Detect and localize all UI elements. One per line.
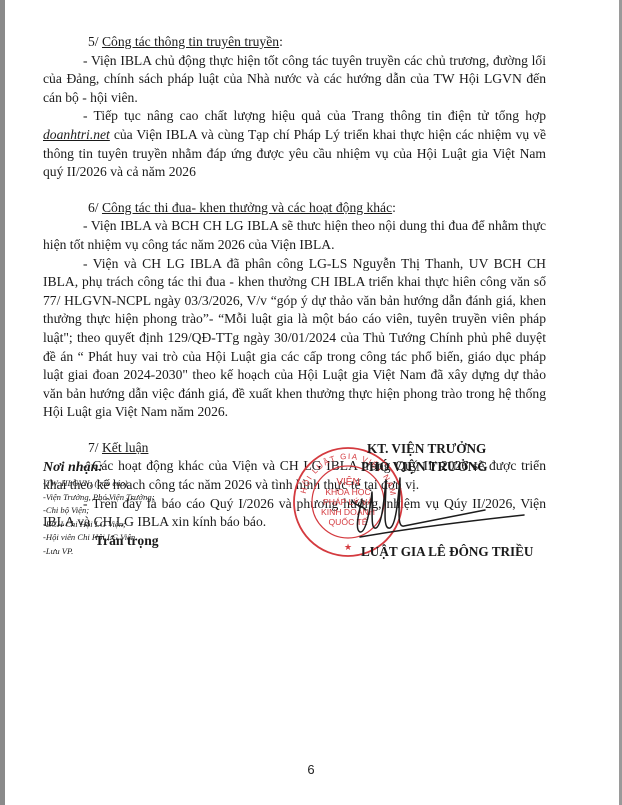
recipient-item: -Viện Trưởng, Phó Viện Trưởng;: [43, 491, 243, 505]
recipients-title: Nơi nhận:: [43, 459, 243, 477]
signature-title-2: PHÓ VIỆN TRƯỞNG: [361, 458, 561, 476]
recipients-block: Nơi nhận: -TW. HLGVN; (báo cáo) -Viện Tr…: [43, 459, 243, 559]
recipient-item: -TW. HLGVN; (báo cáo): [43, 477, 243, 491]
paragraph: - Tiếp tục nâng cao chất lượng hiệu quả …: [43, 107, 546, 181]
section-heading: 6/ Công tác thi đua- khen thưởng và các …: [43, 199, 546, 218]
page-number: 6: [0, 762, 622, 777]
section-heading: 5/ Công tác thông tin truyên truyền:: [43, 33, 546, 52]
page-edge-left: [0, 0, 5, 805]
signer-name: LUẬT GIA LÊ ĐÔNG TRIỀU: [361, 543, 533, 561]
paragraph: - Viện IBLA chủ động thực hiện tốt công …: [43, 52, 546, 108]
recipient-item: -Lưu VP.: [43, 545, 243, 559]
paragraph: - Viện và CH LG IBLA đã phân công LG-LS …: [43, 255, 546, 422]
website-link[interactable]: doanhtri.net: [43, 127, 110, 142]
recipient-item: -Chi bộ Viện;: [43, 504, 243, 518]
signature-title-1: KT. VIỆN TRƯỞNG: [361, 440, 561, 458]
handwritten-signature: [340, 470, 540, 550]
recipient-item: -BCH Chi Hội LG Viện;: [43, 518, 243, 532]
signature-block: KT. VIỆN TRƯỞNG PHÓ VIỆN TRƯỞNG LUẬT GIA…: [361, 440, 561, 475]
recipient-item: -Hội viên Chi Hội LG Viện: [43, 531, 243, 545]
paragraph: - Viện IBLA và BCH CH LG IBLA sẽ thưc hi…: [43, 217, 546, 254]
